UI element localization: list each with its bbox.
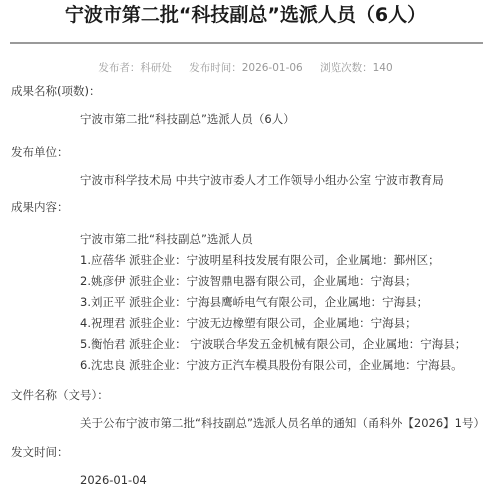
result-content-list: 宁波市第二批“科技副总”选派人员 1.应蓓华 派驻企业：宁波明星科技发展有限公司… — [80, 229, 466, 376]
result-name-value: 宁波市第二批“科技副总”选派人员（6人） — [80, 111, 295, 127]
list-item: 3.刘正平 派驻企业：宁海县鹰峤电气有限公司，企业属地：宁海县； — [80, 292, 466, 313]
publishing-unit-value: 宁波市科学技术局 中共宁波市委人才工作领导小组办公室 宁波市教育局 — [80, 172, 444, 188]
document-name-value: 关于公布宁波市第二批“科技副总”选派人员名单的通知（甬科外【2026】1号） — [80, 415, 485, 431]
list-item: 1.应蓓华 派驻企业：宁波明星科技发展有限公司，企业属地：鄞州区； — [80, 250, 466, 271]
page-title: 宁波市第二批“科技副总”选派人员（6人） — [0, 3, 491, 27]
issue-date-value: 2026-01-04 — [80, 472, 147, 488]
list-item: 2.姚彦伊 派驻企业：宁波智鼎电器有限公司，企业属地：宁海县； — [80, 271, 466, 292]
publisher: 发布者：科研处 — [98, 62, 172, 74]
title-divider — [10, 42, 483, 44]
result-name-label: 成果名称(项数)： — [11, 83, 100, 99]
publishing-unit-label: 发布单位： — [11, 144, 69, 160]
article-meta: 发布者：科研处 发布时间：2026-01-06 浏览次数：140 — [0, 60, 491, 76]
view-count: 浏览次数：140 — [320, 62, 393, 74]
list-item: 5.衡怡君 派驻企业： 宁波联合华发五金机械有限公司，企业属地：宁海县； — [80, 334, 466, 355]
document-name-label: 文件名称（文号）： — [11, 387, 109, 403]
list-item: 6.沈忠良 派驻企业：宁波方正汽车模具股份有限公司，企业属地：宁海县。 — [80, 355, 466, 376]
issue-date-label: 发文时间： — [11, 444, 69, 460]
result-content-label: 成果内容： — [11, 199, 69, 215]
list-item: 4.祝理君 派驻企业：宁波无边橡塑有限公司，企业属地：宁海县； — [80, 313, 466, 334]
publish-time: 发布时间：2026-01-06 — [189, 62, 303, 74]
result-content-heading: 宁波市第二批“科技副总”选派人员 — [80, 229, 466, 250]
